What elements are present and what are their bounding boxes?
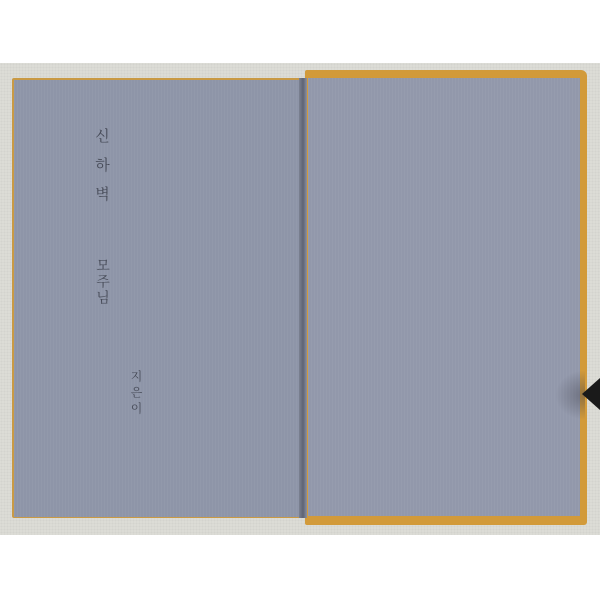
handwritten-recipient: 모주님 — [92, 258, 112, 306]
handwritten-signature: 지은이 — [128, 370, 145, 418]
binder-clip-icon — [582, 378, 600, 410]
book-gutter — [299, 78, 307, 518]
handwritten-title: 신하벽 — [92, 128, 113, 215]
right-endpaper — [308, 78, 580, 516]
clip-shadow — [555, 370, 585, 420]
left-endpaper — [14, 80, 300, 517]
